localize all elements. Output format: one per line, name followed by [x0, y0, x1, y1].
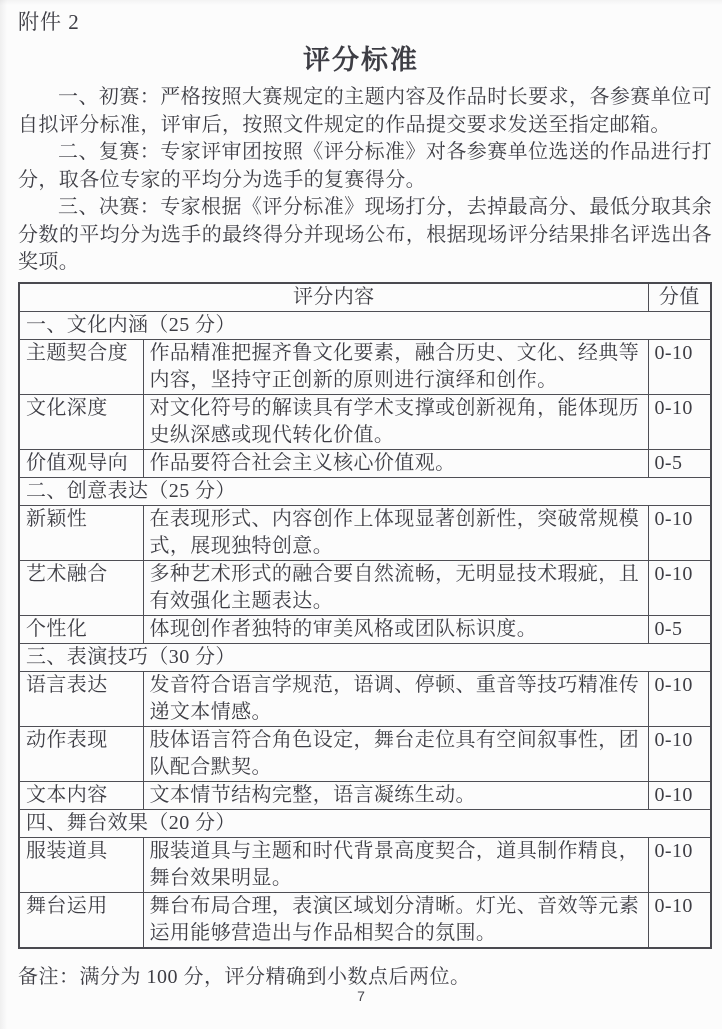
section-row: 三、表演技巧（30 分） [19, 644, 711, 672]
score-cell: 0-10 [648, 672, 711, 727]
section-row: 一、文化内涵（25 分） [19, 312, 711, 340]
score-cell: 0-10 [648, 782, 711, 810]
table-row: 价值观导向 作品要符合社会主义核心价值观。 0-5 [19, 450, 711, 478]
table-row: 语言表达 发音符合语言学规范，语调、停顿、重音等技巧精准传递文本情感。 0-10 [19, 672, 711, 727]
table-row: 文本内容 文本情节结构完整，语言凝练生动。 0-10 [19, 782, 711, 810]
document-title: 评分标准 [0, 38, 722, 77]
criterion-cell: 个性化 [19, 616, 143, 644]
section-row: 四、舞台效果（20 分） [19, 810, 711, 838]
score-cell: 0-10 [648, 727, 711, 782]
criterion-cell: 艺术融合 [19, 561, 143, 616]
description-cell: 作品精准把握齐鲁文化要素，融合历史、文化、经典等内容，坚持守正创新的原则进行演绎… [143, 340, 648, 395]
paragraph-final-round: 三、决赛：专家根据《评分标准》现场打分，去掉最高分、最低分取其余分数的平均分为选… [18, 194, 712, 277]
description-cell: 发音符合语言学规范，语调、停顿、重音等技巧精准传递文本情感。 [143, 672, 648, 727]
description-cell: 肢体语言符合角色设定，舞台走位具有空间叙事性，团队配合默契。 [143, 727, 648, 782]
score-cell: 0-10 [648, 506, 711, 561]
criterion-cell: 语言表达 [19, 672, 143, 727]
score-cell: 0-5 [648, 450, 711, 478]
criterion-cell: 服装道具 [19, 838, 143, 893]
table-row: 服装道具 服装道具与主题和时代背景高度契合，道具制作精良，舞台效果明显。 0-1… [19, 838, 711, 893]
scoring-standards-table: 评分内容 分值 一、文化内涵（25 分） 主题契合度 作品精准把握齐鲁文化要素，… [18, 282, 712, 949]
criterion-cell: 文化深度 [19, 395, 143, 450]
table-header-row: 评分内容 分值 [19, 283, 711, 312]
section-title-performance: 三、表演技巧（30 分） [19, 644, 711, 672]
score-cell: 0-10 [648, 561, 711, 616]
description-cell: 作品要符合社会主义核心价值观。 [143, 450, 648, 478]
description-cell: 体现创作者独特的审美风格或团队标识度。 [143, 616, 648, 644]
description-cell: 对文化符号的解读具有学术支撑或创新视角，能体现历史纵深感或现代转化价值。 [143, 395, 648, 450]
footnote-remark: 备注：满分为 100 分，评分精确到小数点后两位。 [18, 960, 712, 989]
intro-section: 一、初赛：严格按照大赛规定的主题内容及作品时长要求，各参赛单位可自拟评分标准，评… [18, 84, 712, 277]
page-number: 7 [0, 988, 722, 1004]
score-cell: 0-10 [648, 893, 711, 949]
criterion-cell: 新颖性 [19, 506, 143, 561]
attachment-label: 附件 2 [18, 6, 80, 36]
table-row: 动作表现 肢体语言符合角色设定，舞台走位具有空间叙事性，团队配合默契。 0-10 [19, 727, 711, 782]
column-header-score: 分值 [648, 283, 711, 312]
score-cell: 0-5 [648, 616, 711, 644]
section-title-culture: 一、文化内涵（25 分） [19, 312, 711, 340]
score-cell: 0-10 [648, 340, 711, 395]
table-row: 新颖性 在表现形式、内容创作上体现显著创新性，突破常规模式，展现独特创意。 0-… [19, 506, 711, 561]
criterion-cell: 舞台运用 [19, 893, 143, 949]
score-cell: 0-10 [648, 838, 711, 893]
score-cell: 0-10 [648, 395, 711, 450]
paragraph-preliminary-round: 一、初赛：严格按照大赛规定的主题内容及作品时长要求，各参赛单位可自拟评分标准，评… [18, 84, 712, 139]
column-header-content: 评分内容 [19, 283, 648, 312]
section-title-stage-effect: 四、舞台效果（20 分） [19, 810, 711, 838]
table-row: 艺术融合 多种艺术形式的融合要自然流畅，无明显技术瑕疵，且有效强化主题表达。 0… [19, 561, 711, 616]
paragraph-semifinal-round: 二、复赛：专家评审团按照《评分标准》对各参赛单位选送的作品进行打分，取各位专家的… [18, 139, 712, 194]
description-cell: 文本情节结构完整，语言凝练生动。 [143, 782, 648, 810]
criterion-cell: 文本内容 [19, 782, 143, 810]
description-cell: 舞台布局合理，表演区域划分清晰。灯光、音效等元素运用能够营造出与作品相契合的氛围… [143, 893, 648, 949]
section-row: 二、创意表达（25 分） [19, 478, 711, 506]
description-cell: 服装道具与主题和时代背景高度契合，道具制作精良，舞台效果明显。 [143, 838, 648, 893]
section-title-creativity: 二、创意表达（25 分） [19, 478, 711, 506]
table-row: 个性化 体现创作者独特的审美风格或团队标识度。 0-5 [19, 616, 711, 644]
table-row: 主题契合度 作品精准把握齐鲁文化要素，融合历史、文化、经典等内容，坚持守正创新的… [19, 340, 711, 395]
table-row: 文化深度 对文化符号的解读具有学术支撑或创新视角，能体现历史纵深感或现代转化价值… [19, 395, 711, 450]
description-cell: 多种艺术形式的融合要自然流畅，无明显技术瑕疵，且有效强化主题表达。 [143, 561, 648, 616]
criterion-cell: 价值观导向 [19, 450, 143, 478]
criterion-cell: 动作表现 [19, 727, 143, 782]
table-row: 舞台运用 舞台布局合理，表演区域划分清晰。灯光、音效等元素运用能够营造出与作品相… [19, 893, 711, 949]
criterion-cell: 主题契合度 [19, 340, 143, 395]
description-cell: 在表现形式、内容创作上体现显著创新性，突破常规模式，展现独特创意。 [143, 506, 648, 561]
